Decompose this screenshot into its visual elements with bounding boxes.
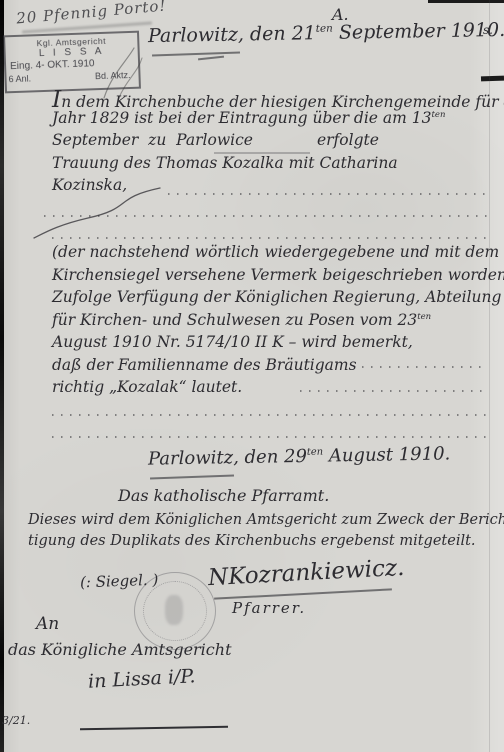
underline-stroke xyxy=(198,56,224,60)
handwriting-line: August 1910 Nr. 5174/10 II K – wird beme… xyxy=(52,333,496,356)
remark-paragraph: (der nachstehend wörtlich wiedergegebene… xyxy=(52,243,496,401)
handwriting-line: September zu Parlowice erfolgte xyxy=(52,131,492,154)
address-court: das Königliche Amtsgericht xyxy=(8,640,232,659)
handwriting-line: Zufolge Verfügung der Königlichen Regier… xyxy=(52,288,496,311)
ink-flourish xyxy=(28,182,168,242)
dotted-leader xyxy=(168,193,488,195)
handwriting-line: tigung des Duplikats des Kirchenbuchs er… xyxy=(28,533,494,554)
handwriting-line: Trauung des Thomas Kozalka mit Catharina xyxy=(52,154,492,177)
handwriting-line: Kirchensiegel versehene Vermerk beigesch… xyxy=(52,266,496,289)
dotted-leader xyxy=(300,390,484,392)
scan-mark-top-right xyxy=(428,0,504,3)
church-seal-stamp xyxy=(134,572,216,650)
scan-mark-right-edge xyxy=(481,76,504,82)
address-city: in Lissa i/P. xyxy=(87,665,195,693)
handwriting-line: (der nachstehend wörtlich wiedergegebene… xyxy=(52,243,496,266)
underline-stroke xyxy=(214,152,310,154)
underline-stroke xyxy=(150,475,234,479)
signature-role: Pfarrer. xyxy=(232,599,306,617)
handwriting-line: Dieses wird dem Königlichen Amtsgericht … xyxy=(28,512,494,533)
address-salutation: An xyxy=(36,614,59,634)
docket-number: 3/21. xyxy=(2,714,30,727)
transmittal-paragraph: Dieses wird dem Königlichen Amtsgericht … xyxy=(28,512,494,554)
office-line: Das katholische Pfarramt. xyxy=(118,486,329,505)
edge-mark: s. xyxy=(483,23,493,37)
signature: NKozrankiewicz. xyxy=(207,555,405,591)
dateline-top: Parlowitz, den 21ten September 1910. xyxy=(148,19,504,47)
handwriting-line: In dem Kirchenbuche der hiesigen Kirchen… xyxy=(52,86,492,109)
underline-stroke xyxy=(152,51,240,56)
handwriting-line: für Kirchen- und Schulwesen zu Posen vom… xyxy=(52,311,496,334)
stamp-enclosures: 6 Anl. xyxy=(8,73,31,84)
signature-flourish xyxy=(214,588,392,599)
dotted-leader xyxy=(52,414,488,416)
separator-rule xyxy=(80,726,228,731)
scan-edge-shadow-left xyxy=(0,0,4,752)
dotted-leader xyxy=(362,366,482,368)
scanned-document-page: 20 Pfennig Porto! Kgl. Amtsgericht L I S… xyxy=(0,0,504,752)
dotted-leader xyxy=(52,436,488,438)
dateline-second: Parlowitz, den 29ten August 1910. xyxy=(148,443,451,469)
handwriting-line: Jahr 1829 ist bei der Eintragung über di… xyxy=(52,109,492,132)
